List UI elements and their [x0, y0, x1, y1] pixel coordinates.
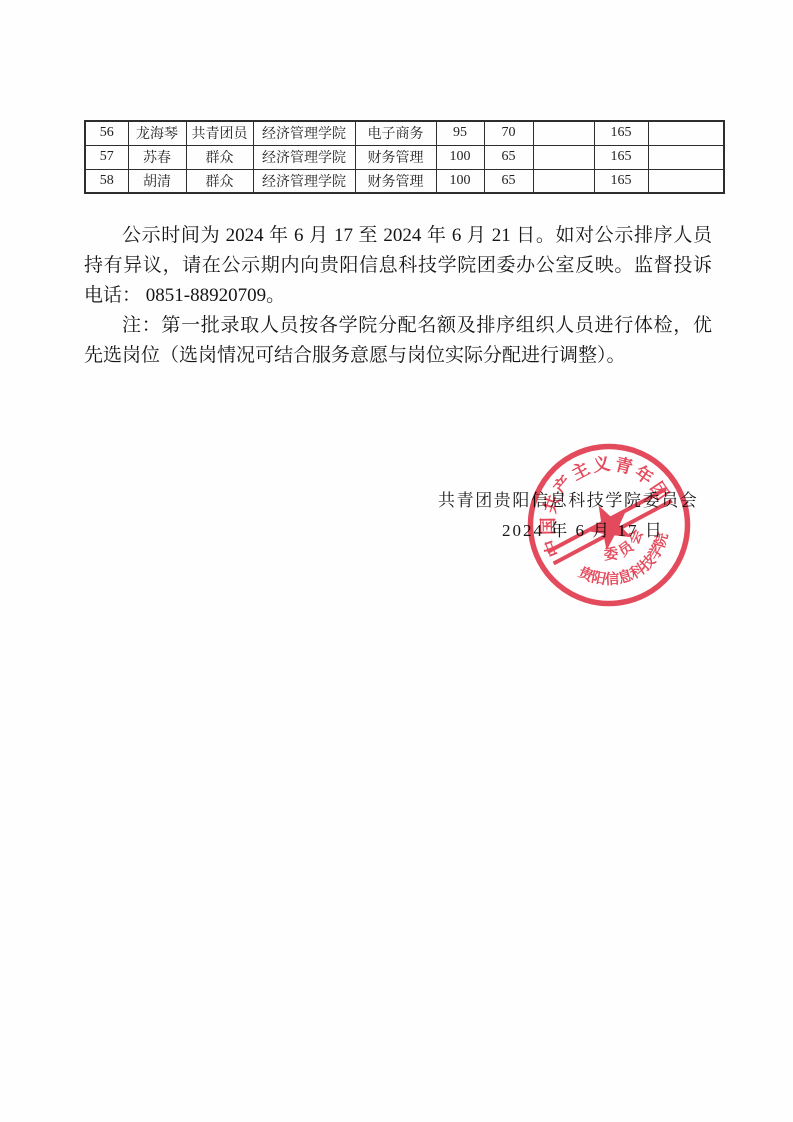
table-row: 57苏春群众经济管理学院财务管理10065165 — [85, 145, 724, 169]
table-cell: 苏春 — [128, 145, 186, 169]
notice-text: 公示时间为 2024 年 6 月 17 至 2024 年 6 月 21 日。如对… — [84, 221, 712, 371]
table-cell: 财务管理 — [355, 145, 436, 169]
seal-char: 义 — [592, 453, 612, 475]
table-cell: 经济管理学院 — [253, 145, 355, 169]
table-row: 56龙海琴共青团员经济管理学院电子商务9570165 — [85, 121, 724, 145]
table-cell: 电子商务 — [355, 121, 436, 145]
table-cell: 龙海琴 — [128, 121, 186, 145]
table-cell: 57 — [85, 145, 128, 169]
notice-line: 电话： 0851-88920709。 — [84, 281, 712, 311]
table-cell: 胡清 — [128, 169, 186, 193]
table-cell — [533, 121, 594, 145]
table-cell — [648, 145, 724, 169]
notice-line: 先选岗位（选岗情况可结合服务意愿与岗位实际分配进行调整）。 — [84, 341, 712, 371]
results-table: 56龙海琴共青团员经济管理学院电子商务957016557苏春群众经济管理学院财务… — [84, 120, 725, 194]
table-cell — [648, 169, 724, 193]
table-cell — [533, 145, 594, 169]
table-cell: 财务管理 — [355, 169, 436, 193]
document-page: 56龙海琴共青团员经济管理学院电子商务957016557苏春群众经济管理学院财务… — [0, 0, 793, 1122]
seal-char: 青 — [613, 454, 635, 478]
table-cell: 56 — [85, 121, 128, 145]
seal-char: 中 — [540, 536, 565, 560]
table-cell: 165 — [594, 169, 648, 193]
table-cell: 95 — [436, 121, 484, 145]
seal-char: 国 — [538, 517, 558, 535]
table-cell: 100 — [436, 145, 484, 169]
seal-char: 主 — [568, 458, 593, 484]
table-cell: 165 — [594, 121, 648, 145]
notice-line: 公示时间为 2024 年 6 月 17 至 2024 年 6 月 21 日。如对… — [84, 221, 712, 251]
table-cell: 经济管理学院 — [253, 121, 355, 145]
table-cell: 群众 — [186, 169, 253, 193]
notice-line: 持有异议，请在公示期内向贵阳信息科技学院团委办公室反映。监督投诉 — [84, 251, 712, 281]
table-cell: 65 — [484, 145, 533, 169]
table-cell: 100 — [436, 169, 484, 193]
table-cell: 58 — [85, 169, 128, 193]
table-cell: 65 — [484, 169, 533, 193]
table-cell: 经济管理学院 — [253, 169, 355, 193]
table-row: 58胡清群众经济管理学院财务管理10065165 — [85, 169, 724, 193]
seal-char: 团 — [646, 478, 672, 504]
notice-line: 注：第一批录取人员按各学院分配名额及排序组织人员进行体检，优 — [84, 311, 712, 341]
table-cell: 70 — [484, 121, 533, 145]
table-cell: 共青团员 — [186, 121, 253, 145]
official-seal: 中国共产主义青年团 贵阳信息科技学院 委员会 — [509, 425, 709, 625]
table-cell: 165 — [594, 145, 648, 169]
table-cell — [533, 169, 594, 193]
table-cell: 群众 — [186, 145, 253, 169]
table-cell — [648, 121, 724, 145]
